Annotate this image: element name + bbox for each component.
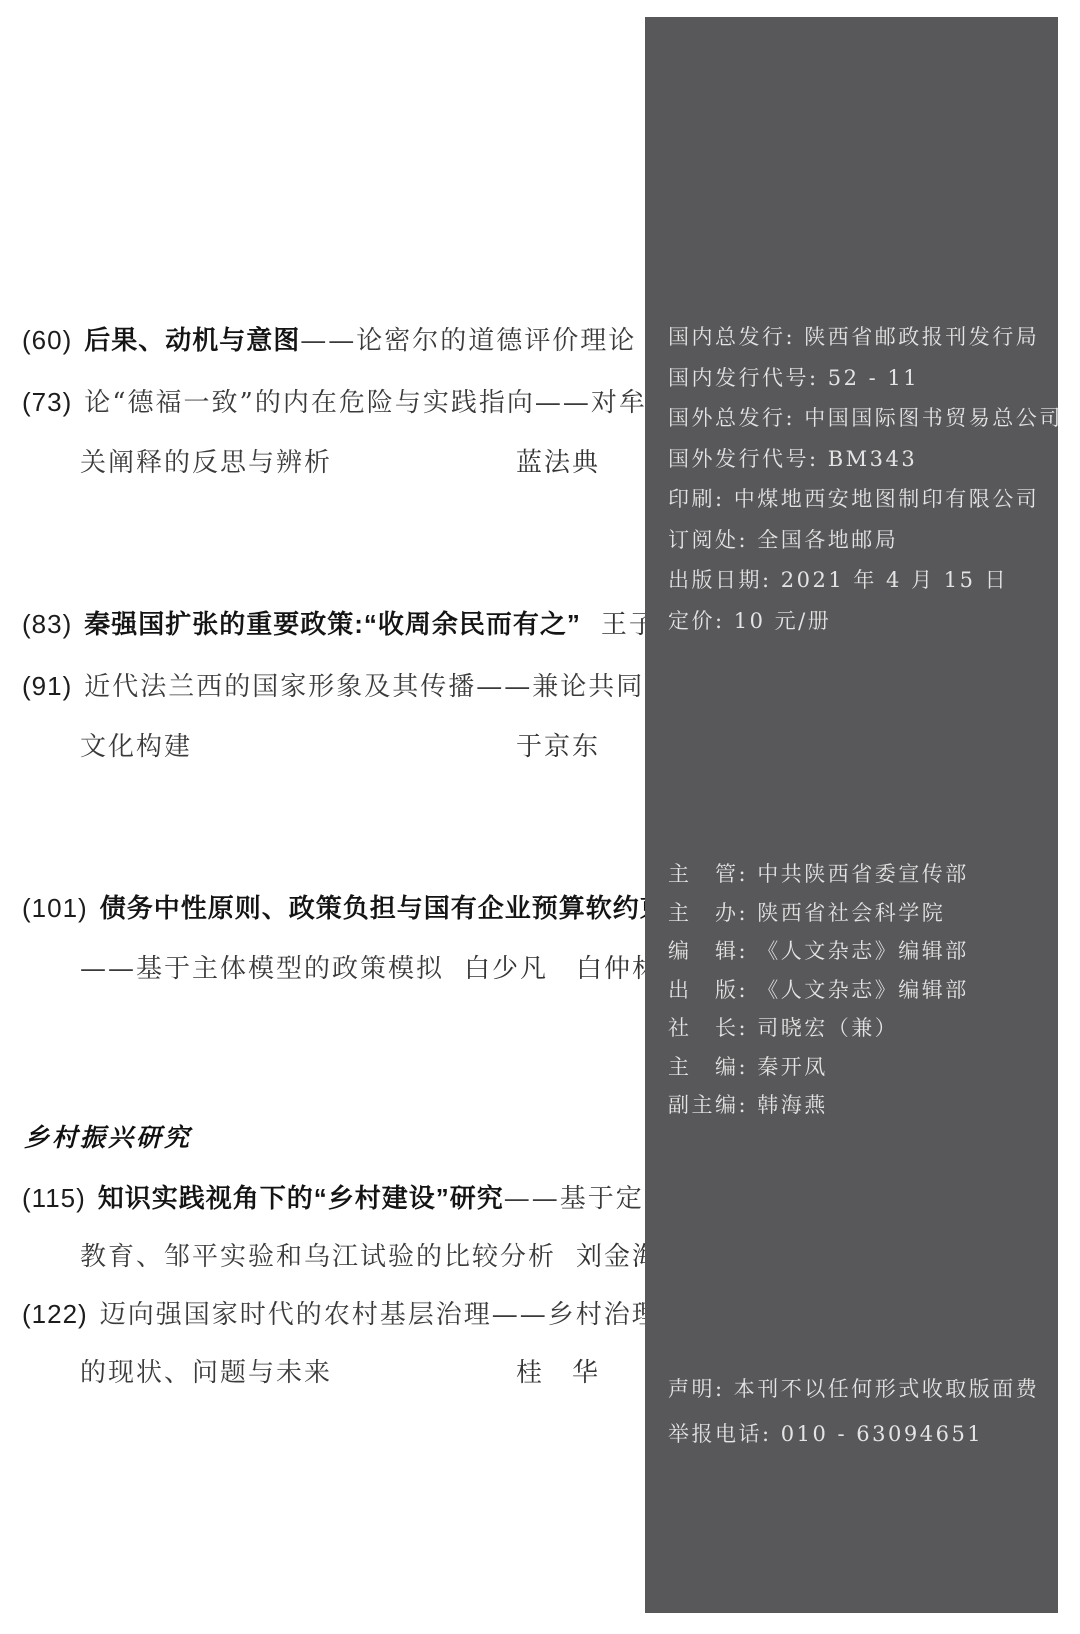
entry-title-bold: 知识实践视角下的“乡村建设”研究	[98, 1178, 504, 1215]
info-line: 主 编: 秦开凤	[668, 1048, 1052, 1087]
magazine-toc-page: (60) 后果、动机与意图 ——论密尔的道德评价理论 杨伟清 (73) 论“德福…	[0, 0, 1080, 1634]
toc-entry-continuation: 的现状、问题与未来 桂 华	[22, 1352, 600, 1389]
info-line: 订阅处: 全国各地邮局	[668, 520, 1052, 561]
notice-info-group: 声明: 本刊不以任何形式收取版面费 举报电话: 010 - 63094651	[668, 1367, 1052, 1457]
toc-entry-line: (83) 秦强国扩张的重要政策:“收周余民而有之” 王子今	[22, 604, 600, 641]
toc-entry-line: (115) 知识实践视角下的“乡村建设”研究 ——基于定县	[22, 1178, 600, 1215]
entry-page-number: (91)	[22, 671, 72, 702]
info-line: 定价: 10 元/册	[668, 601, 1052, 642]
info-line: 编 辑: 《人文杂志》编辑部	[668, 932, 1052, 971]
toc-entry-line: (73) 论“德福一致”的内在危险与实践指向——对牟宗三相	[22, 382, 600, 419]
info-line: 副主编: 韩海燕	[668, 1086, 1052, 1125]
entry-page-number: (122)	[22, 1299, 88, 1330]
entry-author: 蓝法典	[496, 442, 600, 479]
entry-author: 于京东	[496, 726, 600, 763]
info-line: 国外总发行: 中国国际图书贸易总公司	[668, 398, 1052, 439]
toc-entry-line: (91) 近代法兰西的国家形象及其传播——兼论共同体意识的	[22, 666, 600, 703]
entry-title: 的现状、问题与未来	[80, 1352, 332, 1389]
publication-info-panel: 国内总发行: 陕西省邮政报刊发行局 国内发行代号: 52 - 11 国外总发行:…	[645, 17, 1058, 1613]
entry-page-number: (83)	[22, 609, 72, 640]
entry-title-bold: 后果、动机与意图	[84, 320, 300, 357]
toc-entry-line: (60) 后果、动机与意图 ——论密尔的道德评价理论 杨伟清	[22, 320, 600, 357]
entry-subtitle: ——基于主体模型的政策模拟	[80, 948, 444, 985]
toc-entry-continuation: 关阐释的反思与辨析 蓝法典	[22, 442, 600, 479]
info-line: 出版日期: 2021 年 4 月 15 日	[668, 560, 1052, 601]
toc-entry-line: (101) 债务中性原则、政策负担与国有企业预算软约束	[22, 888, 600, 925]
entry-title: 论“德福一致”的内在危险与实践指向——对牟宗三相	[84, 382, 731, 419]
info-line: 印刷: 中煤地西安地图制印有限公司	[668, 479, 1052, 520]
section-header: 乡村振兴研究	[24, 1118, 192, 1154]
info-line: 国外发行代号: BM343	[668, 439, 1052, 480]
entry-subtitle: ——论密尔的道德评价理论	[300, 320, 636, 357]
info-line: 主 管: 中共陕西省委宣传部	[668, 855, 1052, 894]
info-line: 声明: 本刊不以任何形式收取版面费	[668, 1367, 1052, 1412]
info-line: 社 长: 司晓宏（兼）	[668, 1009, 1052, 1048]
entry-title: 教育、邹平实验和乌江试验的比较分析	[80, 1236, 556, 1273]
toc-entry-line: (122) 迈向强国家时代的农村基层治理——乡村治理现代化	[22, 1294, 600, 1331]
distribution-info-group: 国内总发行: 陕西省邮政报刊发行局 国内发行代号: 52 - 11 国外总发行:…	[668, 317, 1052, 641]
toc-entry-continuation: ——基于主体模型的政策模拟 白少凡 白仲林 宋丽荣	[22, 948, 600, 985]
staff-info-group: 主 管: 中共陕西省委宣传部 主 办: 陕西省社会科学院 编 辑: 《人文杂志》…	[668, 855, 1052, 1125]
entry-author: 桂 华	[496, 1352, 600, 1389]
entry-page-number: (115)	[22, 1183, 86, 1214]
entry-page-number: (60)	[22, 325, 72, 356]
entry-title-bold: 秦强国扩张的重要政策:“收周余民而有之”	[84, 604, 581, 641]
entry-title: 关阐释的反思与辨析	[80, 442, 332, 479]
toc-entry-continuation: 文化构建 于京东	[22, 726, 600, 763]
info-line: 国内发行代号: 52 - 11	[668, 358, 1052, 399]
entry-title-bold: 债务中性原则、政策负担与国有企业预算软约束	[100, 888, 667, 925]
info-line: 举报电话: 010 - 63094651	[668, 1412, 1052, 1457]
toc-entry-continuation: 教育、邹平实验和乌江试验的比较分析 刘金海	[22, 1236, 600, 1273]
entry-page-number: (73)	[22, 387, 72, 418]
entry-title: 文化构建	[80, 726, 192, 763]
info-line: 主 办: 陕西省社会科学院	[668, 894, 1052, 933]
entry-page-number: (101)	[22, 893, 88, 924]
info-line: 出 版: 《人文杂志》编辑部	[668, 971, 1052, 1010]
info-line: 国内总发行: 陕西省邮政报刊发行局	[668, 317, 1052, 358]
